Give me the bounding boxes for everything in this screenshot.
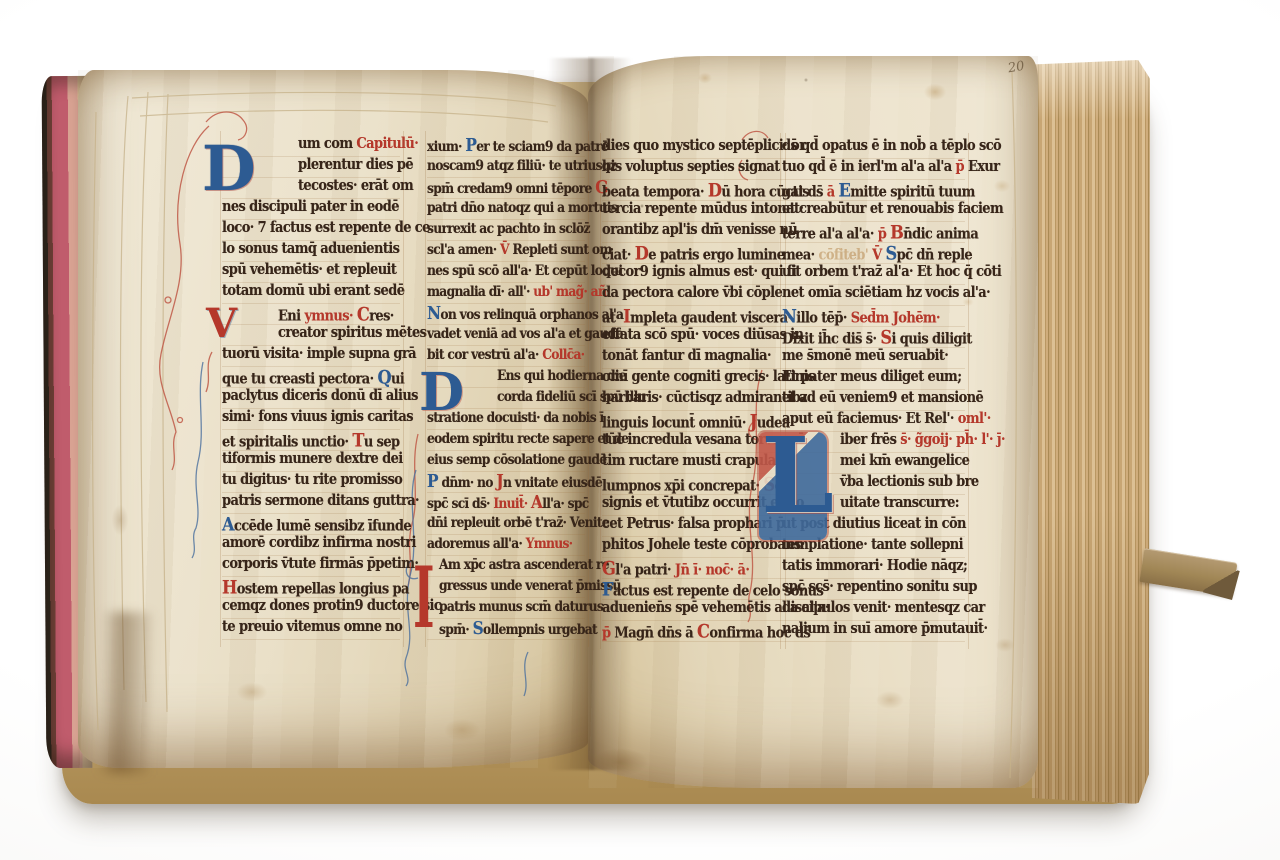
rubric-text: ā bbox=[827, 184, 839, 201]
rubric-text: p̄ bbox=[956, 158, 968, 175]
manuscript-text-line: te preuio vitemus omne no bbox=[222, 618, 400, 642]
body-text: n̄dic anima bbox=[903, 226, 978, 243]
body-text: spc̄ scs̄· repentino sonitu sup bbox=[782, 578, 977, 595]
inline-initial: P bbox=[427, 471, 438, 492]
body-text: eodem spiritu recte sapere et de bbox=[427, 429, 628, 446]
inline-initial: S bbox=[473, 618, 483, 639]
stain-band bbox=[98, 611, 152, 774]
rubric-text: V̄ bbox=[500, 240, 512, 257]
rubric-text: p̄ bbox=[602, 625, 614, 642]
body-text: gat ds̄ bbox=[782, 184, 827, 201]
body-text: iber frēs bbox=[840, 431, 900, 448]
body-text: et spiritalis unctio· bbox=[222, 434, 352, 451]
body-text: loco· 7 factus est repente de ce bbox=[222, 219, 430, 236]
rubric-text: Inuit̄· bbox=[493, 495, 531, 512]
body-text: n vnitate eiusdē bbox=[503, 474, 602, 491]
rubric-text: oml'· bbox=[958, 410, 991, 427]
inline-initial: A bbox=[531, 492, 542, 513]
body-text: patri dn̄o natoqz qui a mortuis bbox=[427, 198, 617, 215]
body-text: me s̄monē meū seruabit· bbox=[782, 347, 948, 364]
body-text: cōfiteb' bbox=[819, 247, 873, 264]
rubric-text: V̄ bbox=[872, 247, 885, 264]
body-text: net omīa sciētiam hz vocis al'a· bbox=[782, 284, 990, 301]
body-text: que tu creasti pectora· bbox=[222, 371, 377, 388]
right-page-column-2: ds̄ qd̄ opatus ē in nob̄ a tēplo scōtuo … bbox=[782, 139, 965, 645]
rubric-text: Jn̄ ī· noc̄· ā· bbox=[675, 562, 749, 579]
body-text: beata tempora· bbox=[602, 184, 708, 201]
body-text: ollempnis urgebat bbox=[483, 621, 597, 638]
body-text: patris sermone ditans guttra· bbox=[222, 492, 419, 509]
inline-initial: P bbox=[465, 135, 476, 156]
body-text: Magn̄ dn̄s ā bbox=[614, 625, 697, 642]
manuscript-text-line: p̄ Magn̄ dn̄s ā Confirma hoc ds̄ bbox=[602, 620, 782, 644]
body-text: stratione docuisti· da nobis ī bbox=[427, 408, 604, 425]
body-text: vadet veniā ad vos al'a et gaude bbox=[427, 324, 623, 341]
body-text: spm̄ credam9 omni tēpore bbox=[427, 180, 595, 197]
right-page-column-1: dies quo mystico septēplici· orbis volup… bbox=[602, 139, 782, 645]
body-text: nes discipuli pater in eodē bbox=[222, 198, 399, 215]
inline-initial: J bbox=[750, 410, 757, 432]
body-text: adoremus all'a· bbox=[427, 534, 526, 551]
inline-initial: T bbox=[352, 429, 364, 451]
body-text: tonāt fantur dī magnalia· bbox=[602, 347, 771, 364]
rubric-text: ub' mag̃· añ· bbox=[533, 282, 610, 299]
body-text: simi· fons viuus ignis caritas bbox=[222, 408, 413, 425]
inline-initial: A bbox=[222, 513, 234, 535]
body-text: e patris ergo lumine bbox=[648, 247, 784, 264]
manuscript-text-line: nalium in suī amore p̄mutauit̄· bbox=[782, 620, 965, 644]
body-text: et creabūtur et renouabis faciem bbox=[782, 200, 1003, 217]
body-text: ll'a· spc̄ bbox=[542, 495, 588, 512]
body-text: tiformis munere dextre dei bbox=[222, 450, 403, 467]
fore-edge-page-stack bbox=[1032, 60, 1150, 804]
body-text: res· bbox=[369, 308, 394, 325]
body-text: surrexit ac pachto in sclōz̄ bbox=[427, 219, 590, 236]
body-text: spū vehemētis· et repleuit bbox=[222, 261, 396, 278]
body-text: patris munus scm̄ daturus bbox=[439, 597, 603, 614]
body-text: et ad eū veniem9 et mansionē bbox=[782, 389, 983, 406]
body-text: creator spiritus mētes bbox=[278, 324, 426, 341]
inline-initial: G bbox=[602, 557, 615, 579]
body-text: linguis locunt̄ omniū· bbox=[602, 415, 750, 432]
body-text: aput eū faciemus· Et Rel'· bbox=[782, 410, 958, 427]
body-text: orantibz apl'is dm̄ venisse nū bbox=[602, 221, 797, 238]
rubric-text: p̄ bbox=[878, 226, 890, 243]
body-text: bit cor vestrū al'a· bbox=[427, 345, 542, 362]
body-text: pc̄ dn̄ reple bbox=[897, 247, 972, 264]
left-page-column-1: um com Capitulū·plerentur dies pētecoste… bbox=[222, 137, 400, 643]
rubric-text: Sed̄m Johēm· bbox=[851, 310, 940, 327]
body-text: phitos Johele teste cōprobans· bbox=[602, 536, 805, 553]
body-text: paclytus diceris donū dī alius bbox=[222, 387, 418, 404]
inline-initial: F bbox=[602, 578, 613, 600]
body-text: nes spū scō all'a· Et cepūt loqui bbox=[427, 261, 622, 278]
manuscript-photo: um com Capitulū·plerentur dies pētecoste… bbox=[0, 0, 1280, 860]
body-text: tatis immorari· Hodie nāqz; bbox=[782, 557, 967, 574]
inline-initial: D bbox=[635, 242, 649, 264]
body-text: u sep bbox=[364, 434, 400, 451]
body-text: Am xp̄c astra ascenderat re bbox=[439, 555, 609, 572]
body-text: ciat· bbox=[602, 247, 635, 264]
body-text: bis voluptus septies signat bbox=[602, 158, 780, 175]
body-text: magnalia dī· all'· bbox=[427, 282, 533, 299]
bookmark-tab bbox=[1139, 548, 1237, 596]
inline-initial: N bbox=[427, 303, 440, 324]
inline-initial: C bbox=[697, 620, 709, 642]
body-text: ut post diutius liceat in cōn bbox=[782, 515, 966, 532]
body-text: ccēde lumē sensibz īfunde bbox=[234, 518, 411, 535]
body-text: tuo qd̄ ē in ierl'm al'a al'a bbox=[782, 158, 956, 175]
body-text: ostem repellas longius pa bbox=[237, 581, 409, 598]
body-text: tu digitus· tu rite promisso bbox=[222, 471, 402, 488]
body-text: cet Petrus· falsa prophari p̄ bbox=[602, 515, 785, 532]
body-text: nalium in suī amore p̄mutauit̄· bbox=[782, 620, 987, 637]
folio-number: 20 bbox=[1007, 59, 1026, 77]
body-text: spc̄ scī ds̄· bbox=[427, 495, 493, 512]
rubric-text: Ymnus· bbox=[526, 534, 573, 551]
body-text: decor9 ignis almus est· qui fi bbox=[602, 263, 796, 280]
body-text: plerentur dies pē bbox=[298, 156, 413, 173]
body-text: spm̄· bbox=[439, 621, 473, 638]
body-text: terre al'a al'a· bbox=[782, 226, 878, 243]
body-text: dies quo mystico septēplici· or bbox=[602, 137, 805, 154]
body-text: corporis v̄tute firmās p̄petim· bbox=[222, 555, 418, 572]
body-text: uitate transcurre: bbox=[840, 494, 959, 511]
body-text: dn̄m· no bbox=[438, 474, 497, 491]
body-text: l'a patri· bbox=[615, 562, 675, 579]
inline-initial: J bbox=[496, 471, 503, 492]
body-text: signis et v̄tutibz occurrit et do bbox=[602, 494, 804, 511]
body-text: Eni bbox=[278, 308, 304, 325]
body-text: barbaris· cūctisqz admirantibz bbox=[602, 389, 807, 406]
body-text: uit orbem t'raz̄ al'a· Et hoc q̄ cōti bbox=[782, 263, 1001, 280]
body-text: Exur bbox=[968, 158, 1000, 175]
inline-initial: H bbox=[222, 576, 237, 598]
rubric-text: s̄· g̃goij· ph̄· l'· j̄· bbox=[900, 431, 1005, 448]
body-text: cemqz dones protin9 ductore sic bbox=[222, 597, 441, 614]
body-text: v̄ba lectionis sub bre bbox=[840, 473, 979, 490]
body-text: illo tēp̄· bbox=[796, 310, 850, 327]
body-text: tuorū visita· imple supna grā bbox=[222, 345, 416, 362]
body-text: dn̄i repleuit orbē t'raz̄· Venite bbox=[427, 513, 609, 530]
body-text: Repleti sunt om bbox=[512, 240, 611, 257]
rubric-text: ymnus· bbox=[304, 308, 356, 325]
inline-initial: Q bbox=[377, 366, 391, 388]
inline-initial: N bbox=[782, 305, 796, 327]
body-text: totam domū ubi erant sedē bbox=[222, 282, 404, 299]
body-text: te preuio vitemus omne no bbox=[222, 618, 402, 635]
body-text: mei km̄ ewangelice bbox=[840, 452, 969, 469]
body-text: templatione· tante sollepni bbox=[782, 536, 963, 553]
body-text: ui bbox=[391, 371, 404, 388]
rubric-text: Capitulū· bbox=[356, 135, 418, 152]
body-text: ds̄ qd̄ opatus ē in nob̄ a tēplo scō bbox=[782, 137, 1001, 154]
body-text: tim ructare musti crapula a bbox=[602, 452, 787, 469]
inline-initial: E bbox=[839, 179, 851, 201]
body-text: discipulos venit· mentesqz car bbox=[782, 599, 985, 616]
body-text: scl'a amen· bbox=[427, 240, 500, 257]
inline-initial: D bbox=[708, 179, 722, 201]
body-text: da pectora calore v̄bi cōple bbox=[602, 284, 782, 301]
body-text: amorē cordibz infirma nostri bbox=[222, 534, 416, 551]
body-text: lumpnos xp̄i concrepat· bbox=[602, 478, 763, 495]
left-page-column-2: xium· Per te sciam9 da patrēnoscam9 atqz… bbox=[427, 137, 585, 643]
rubric-text: Collc̄a· bbox=[542, 345, 584, 362]
body-text: um com bbox=[298, 135, 356, 152]
body-text: tercia repente mūdus intonat· bbox=[602, 200, 803, 217]
body-text: on vos relinquā orphanos al'a bbox=[440, 306, 623, 323]
body-text: Dixit ih̄c dis̄ s̄· bbox=[782, 331, 880, 348]
inline-initial: C bbox=[357, 303, 369, 325]
body-text: mea· bbox=[782, 247, 819, 264]
body-text: xium· bbox=[427, 138, 465, 155]
body-text: effata scō spū· voces diūsas in bbox=[602, 326, 803, 343]
body-text: er te sciam9 da patrē bbox=[476, 138, 608, 155]
body-text: at· bbox=[602, 310, 623, 327]
body-text: Et pater meus diliget eum; bbox=[782, 368, 961, 385]
body-text: eius semp cōsolatione gaudē bbox=[427, 450, 606, 467]
inline-initial: B bbox=[890, 221, 903, 243]
body-text: i quis diligit bbox=[891, 331, 971, 348]
body-text: gressus unde venerat p̄missū bbox=[439, 576, 621, 593]
inline-initial: S bbox=[763, 473, 774, 495]
body-text: mitte spiritū tuum bbox=[850, 184, 974, 201]
body-text: mpleta gaudent viscera· bbox=[630, 310, 791, 327]
body-text: noscam9 atqz filiū· te utriusqz bbox=[427, 156, 616, 173]
manuscript-text-line: spm̄· Sollempnis urgebat bbox=[427, 618, 585, 642]
body-text: tūc incredula vesana torvo spī bbox=[602, 431, 803, 448]
body-text: lo sonus tamq̄ aduenientis bbox=[222, 240, 399, 257]
inline-initial: S bbox=[886, 242, 897, 264]
inline-initial: S bbox=[880, 326, 891, 348]
body-text: tecostes· erāt om bbox=[298, 177, 413, 194]
